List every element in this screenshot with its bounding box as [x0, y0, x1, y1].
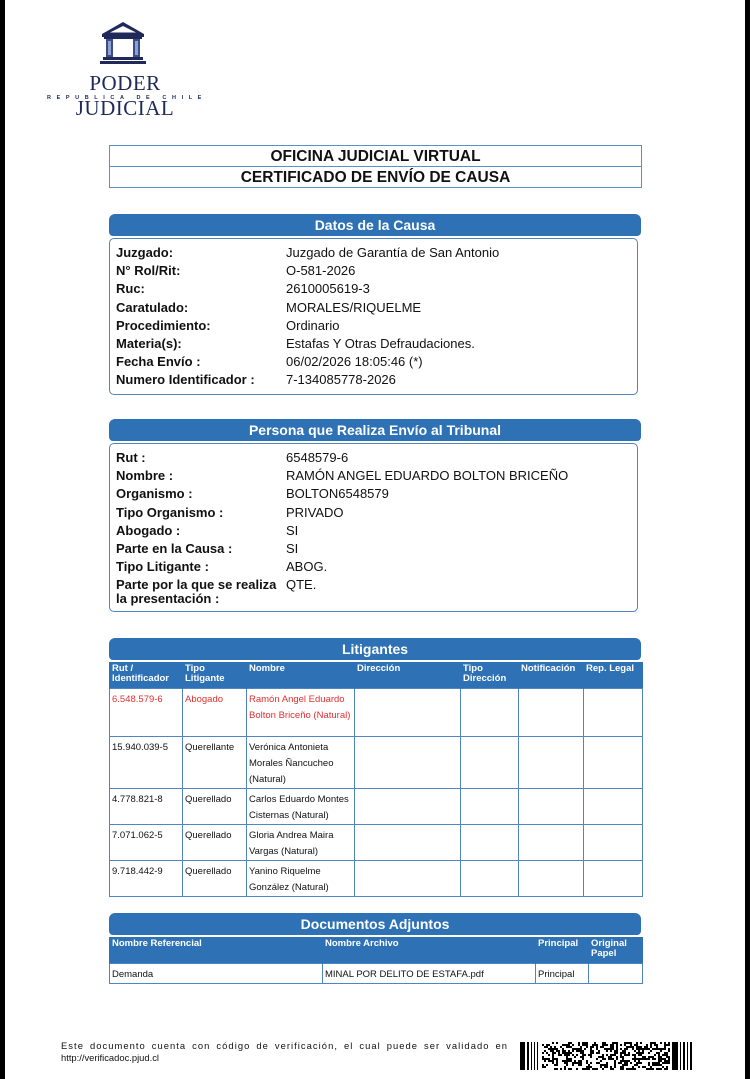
- cell-rep-legal: [584, 788, 643, 824]
- column-header: Principal: [536, 937, 589, 963]
- verification-notice: Este documento cuenta con código de veri…: [61, 1040, 508, 1064]
- cell-rut: 7.071.062-5: [110, 824, 183, 860]
- column-header: Rut / Identificador: [110, 662, 183, 688]
- cell-tipo: Querellado: [183, 860, 247, 896]
- causa-row: N° Rol/Rit:O-581-2026: [110, 262, 637, 280]
- persona-value: SI: [286, 540, 637, 558]
- table-row: 9.718.442-9QuerelladoYanino Riquelme Gon…: [110, 860, 643, 896]
- cell-rut: 6.548.579-6: [110, 688, 183, 736]
- section-header-causa: Datos de la Causa: [109, 214, 641, 236]
- causa-label: Ruc:: [110, 280, 286, 298]
- right-black-border: [745, 0, 750, 1079]
- persona-value: ABOG.: [286, 558, 637, 576]
- causa-row: Numero Identificador :7-134085778-2026: [110, 371, 637, 389]
- causa-value: MORALES/RIQUELME: [286, 299, 637, 317]
- column-header: Original Papel: [589, 937, 643, 963]
- column-header: Dirección: [355, 662, 461, 688]
- cell-notificacion: [519, 860, 584, 896]
- cell-referencial: Demanda: [110, 963, 323, 983]
- cell-rep-legal: [584, 736, 643, 788]
- persona-row: Tipo Organismo :PRIVADO: [110, 504, 637, 522]
- persona-label: Parte en la Causa :: [110, 540, 286, 558]
- table-row: 6.548.579-6AbogadoRamón Angel Eduardo Bo…: [110, 688, 643, 736]
- cell-notificacion: [519, 736, 584, 788]
- persona-label: Tipo Litigante :: [110, 558, 286, 576]
- cell-tipo: Abogado: [183, 688, 247, 736]
- cell-rut: 9.718.442-9: [110, 860, 183, 896]
- persona-value: RAMÓN ANGEL EDUARDO BOLTON BRICEÑO: [286, 467, 637, 485]
- cell-tipo-direccion: [461, 688, 519, 736]
- causa-label: Juzgado:: [110, 244, 286, 262]
- persona-label: Parte por la que se realiza la presentac…: [110, 576, 286, 606]
- litigantes-table: Rut / IdentificadorTipo LitiganteNombreD…: [109, 662, 643, 897]
- cell-nombre: Carlos Eduardo Montes Cisternas (Natural…: [247, 788, 355, 824]
- causa-row: Juzgado:Juzgado de Garantía de San Anton…: [110, 244, 637, 262]
- cell-tipo-direccion: [461, 824, 519, 860]
- cell-direccion: [355, 688, 461, 736]
- persona-value: 6548579-6: [286, 449, 637, 467]
- causa-label: Numero Identificador :: [110, 371, 286, 389]
- persona-label: Abogado :: [110, 522, 286, 540]
- cell-nombre: Ramón Angel Eduardo Bolton Briceño (Natu…: [247, 688, 355, 736]
- documentos-table: Nombre ReferencialNombre ArchivoPrincipa…: [109, 937, 643, 984]
- section-header-documentos: Documentos Adjuntos: [109, 913, 641, 935]
- causa-label: Procedimiento:: [110, 317, 286, 335]
- cell-rut: 15.940.039-5: [110, 736, 183, 788]
- cell-archivo[interactable]: MINAL POR DELITO DE ESTAFA.pdf: [323, 963, 536, 983]
- cell-direccion: [355, 824, 461, 860]
- cell-nombre: Verónica Antonieta Morales Ñancucheo (Na…: [247, 736, 355, 788]
- causa-row: Ruc:2610005619-3: [110, 280, 637, 298]
- persona-value: SI: [286, 522, 637, 540]
- causa-label: Materia(s):: [110, 335, 286, 353]
- persona-row: Abogado :SI: [110, 522, 637, 540]
- causa-label: Caratulado:: [110, 299, 286, 317]
- table-row: 15.940.039-5QuerellanteVerónica Antoniet…: [110, 736, 643, 788]
- column-header: Nombre: [247, 662, 355, 688]
- persona-row: Nombre :RAMÓN ANGEL EDUARDO BOLTON BRICE…: [110, 467, 637, 485]
- persona-label: Nombre :: [110, 467, 286, 485]
- courthouse-icon: [98, 20, 148, 68]
- cell-nombre: Gloria Andrea Maira Vargas (Natural): [247, 824, 355, 860]
- pdf417-barcode-icon: [520, 1042, 695, 1070]
- persona-label: Tipo Organismo :: [110, 504, 286, 522]
- cell-direccion: [355, 788, 461, 824]
- cell-direccion: [355, 736, 461, 788]
- cell-principal: Principal: [536, 963, 589, 983]
- persona-row: Organismo :BOLTON6548579: [110, 485, 637, 503]
- section-header-litigantes: Litigantes: [109, 638, 641, 660]
- persona-row: Parte por la que se realiza la presentac…: [110, 576, 637, 606]
- cell-direccion: [355, 860, 461, 896]
- table-row: 4.778.821-8QuerelladoCarlos Eduardo Mont…: [110, 788, 643, 824]
- cell-tipo-direccion: [461, 860, 519, 896]
- persona-value: BOLTON6548579: [286, 485, 637, 503]
- causa-value: 06/02/2026 18:05:46 (*): [286, 353, 637, 371]
- cell-tipo: Querellante: [183, 736, 247, 788]
- column-header: Nombre Referencial: [110, 937, 323, 963]
- cell-notificacion: [519, 688, 584, 736]
- column-header: Nombre Archivo: [323, 937, 536, 963]
- cell-tipo: Querellado: [183, 824, 247, 860]
- cell-notificacion: [519, 788, 584, 824]
- causa-details: Juzgado:Juzgado de Garantía de San Anton…: [109, 238, 638, 395]
- causa-value: 2610005619-3: [286, 280, 637, 298]
- causa-value: Ordinario: [286, 317, 637, 335]
- persona-row: Rut :6548579-6: [110, 449, 637, 467]
- causa-value: O-581-2026: [286, 262, 637, 280]
- causa-row: Fecha Envío :06/02/2026 18:05:46 (*): [110, 353, 637, 371]
- column-header: Rep. Legal: [584, 662, 643, 688]
- column-header: Tipo Dirección: [461, 662, 519, 688]
- cell-original-papel: [589, 963, 643, 983]
- section-header-persona: Persona que Realiza Envío al Tribunal: [109, 419, 641, 441]
- causa-row: Procedimiento:Ordinario: [110, 317, 637, 335]
- document-title-box: OFICINA JUDICIAL VIRTUAL CERTIFICADO DE …: [109, 145, 642, 188]
- column-header: Notificación: [519, 662, 584, 688]
- logo-subtitle: REPUBLICA DE CHILE: [42, 95, 212, 101]
- causa-label: N° Rol/Rit:: [110, 262, 286, 280]
- cell-rut: 4.778.821-8: [110, 788, 183, 824]
- causa-value: Estafas Y Otras Defraudaciones.: [286, 335, 637, 353]
- cell-tipo-direccion: [461, 736, 519, 788]
- cell-rep-legal: [584, 860, 643, 896]
- causa-value: Juzgado de Garantía de San Antonio: [286, 244, 637, 262]
- column-header: Tipo Litigante: [183, 662, 247, 688]
- persona-label: Rut :: [110, 449, 286, 467]
- verification-link[interactable]: http://verificadoc.pjud.cl: [61, 1052, 159, 1063]
- poder-judicial-logo: PODER JUDICIAL REPUBLICA DE CHILE: [40, 20, 210, 102]
- verification-text: Este documento cuenta con código de veri…: [61, 1040, 508, 1052]
- causa-value: 7-134085778-2026: [286, 371, 637, 389]
- causa-label: Fecha Envío :: [110, 353, 286, 371]
- cell-nombre: Yanino Riquelme González (Natural): [247, 860, 355, 896]
- causa-row: Materia(s):Estafas Y Otras Defraudacione…: [110, 335, 637, 353]
- persona-details: Rut :6548579-6Nombre :RAMÓN ANGEL EDUARD…: [109, 443, 638, 612]
- cell-notificacion: [519, 824, 584, 860]
- cell-rep-legal: [584, 688, 643, 736]
- persona-row: Parte en la Causa :SI: [110, 540, 637, 558]
- persona-label: Organismo :: [110, 485, 286, 503]
- cell-rep-legal: [584, 824, 643, 860]
- cell-tipo: Querellado: [183, 788, 247, 824]
- cell-tipo-direccion: [461, 788, 519, 824]
- left-black-border: [0, 0, 5, 1079]
- table-row: 7.071.062-5QuerelladoGloria Andrea Maira…: [110, 824, 643, 860]
- persona-value: PRIVADO: [286, 504, 637, 522]
- office-title: OFICINA JUDICIAL VIRTUAL: [110, 146, 641, 166]
- persona-value: QTE.: [286, 576, 637, 606]
- persona-row: Tipo Litigante :ABOG.: [110, 558, 637, 576]
- table-row: DemandaMINAL POR DELITO DE ESTAFA.pdfPri…: [110, 963, 643, 983]
- certificate-title: CERTIFICADO DE ENVÍO DE CAUSA: [110, 166, 641, 187]
- causa-row: Caratulado:MORALES/RIQUELME: [110, 299, 637, 317]
